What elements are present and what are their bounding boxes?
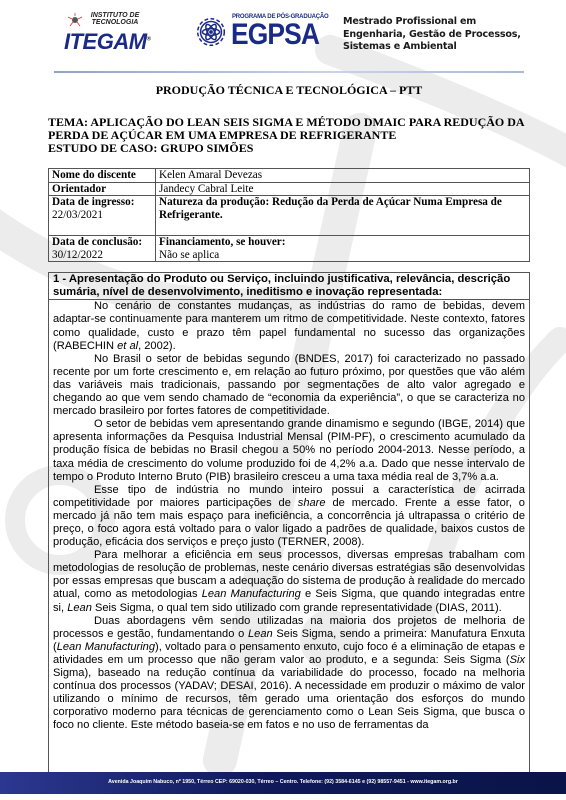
program-name: Mestrado Profissional em Engenharia, Ges… [343,16,521,54]
section-body: No cenário de constantes mudanças, as in… [49,300,529,732]
table-row: Data de ingresso: 22/03/2021 Natureza da… [49,196,530,236]
paragraph: Esse tipo de indústria no mundo inteiro … [53,484,525,549]
atom-icon [68,13,82,27]
end-date-value: 30/12/2022 [52,249,152,262]
itegam-name: ITEGAM® [64,29,150,55]
advisor-value: Jandecy Cabral Leite [156,182,530,196]
funding-value: Não se aplica [159,249,526,262]
funding-cell: Financiamento, se houver: Não se aplica [156,236,530,262]
itegam-logo: INSTITUTO DE TECNOLOGIA ITEGAM® [62,12,152,56]
paragraph: No cenário de constantes mudanças, as in… [53,300,525,352]
start-date-label: Data de ingresso: [52,196,152,209]
footer-address: Avenida Joaquim Nabuco, nº 1950, Térreo … [0,772,566,792]
production-nature: Natureza da produção: Redução da Perda d… [156,196,530,236]
paragraph: Duas abordagens vêm sendo utilizadas na … [53,615,525,733]
info-table: Nome do discente Kelen Amaral Devezas Or… [48,168,530,262]
section-presentation: 1 - Apresentação do Produto ou Serviço, … [48,272,530,774]
itegam-institute-text: INSTITUTO DE TECNOLOGIA [84,12,146,26]
end-date-cell: Data de conclusão: 30/12/2022 [49,236,156,262]
end-date-label: Data de conclusão: [52,236,152,249]
student-label: Nome do discente [49,169,156,183]
header-divider [54,71,524,73]
table-row: Data de conclusão: 30/12/2022 Financiame… [49,236,530,262]
table-row: Nome do discente Kelen Amaral Devezas [49,169,530,183]
egpsa-logo: PROGRAMA DE PÓS-GRADUAÇÃO EGPSA [192,11,314,55]
funding-label: Financiamento, se houver: [159,236,526,249]
table-row: Orientador Jandecy Cabral Leite [49,182,530,196]
gear-atom-icon [192,13,230,51]
document-content: PRODUÇÃO TÉCNICA E TECNOLÓGICA – PTT TEM… [48,80,530,774]
paragraph: O setor de bebidas vem apresentando gran… [53,418,525,483]
section-title: 1 - Apresentação do Produto ou Serviço, … [49,273,529,300]
page-header: INSTITUTO DE TECNOLOGIA ITEGAM® PROGRAMA… [0,0,566,80]
document-title: PRODUÇÃO TÉCNICA E TECNOLÓGICA – PTT [48,83,530,98]
start-date-value: 22/03/2021 [52,209,152,222]
paragraph: No Brasil o setor de bebidas segundo (BN… [53,353,525,418]
theme-heading: TEMA: APLICAÇÃO DO LEAN SEIS SIGMA E MÉT… [48,116,530,154]
advisor-label: Orientador [49,182,156,196]
start-date-cell: Data de ingresso: 22/03/2021 [49,196,156,236]
paragraph: Para melhorar a eficiência em seus proce… [53,549,525,614]
page-footer: Avenida Joaquim Nabuco, nº 1950, Térreo … [0,772,566,794]
student-value: Kelen Amaral Devezas [156,169,530,183]
